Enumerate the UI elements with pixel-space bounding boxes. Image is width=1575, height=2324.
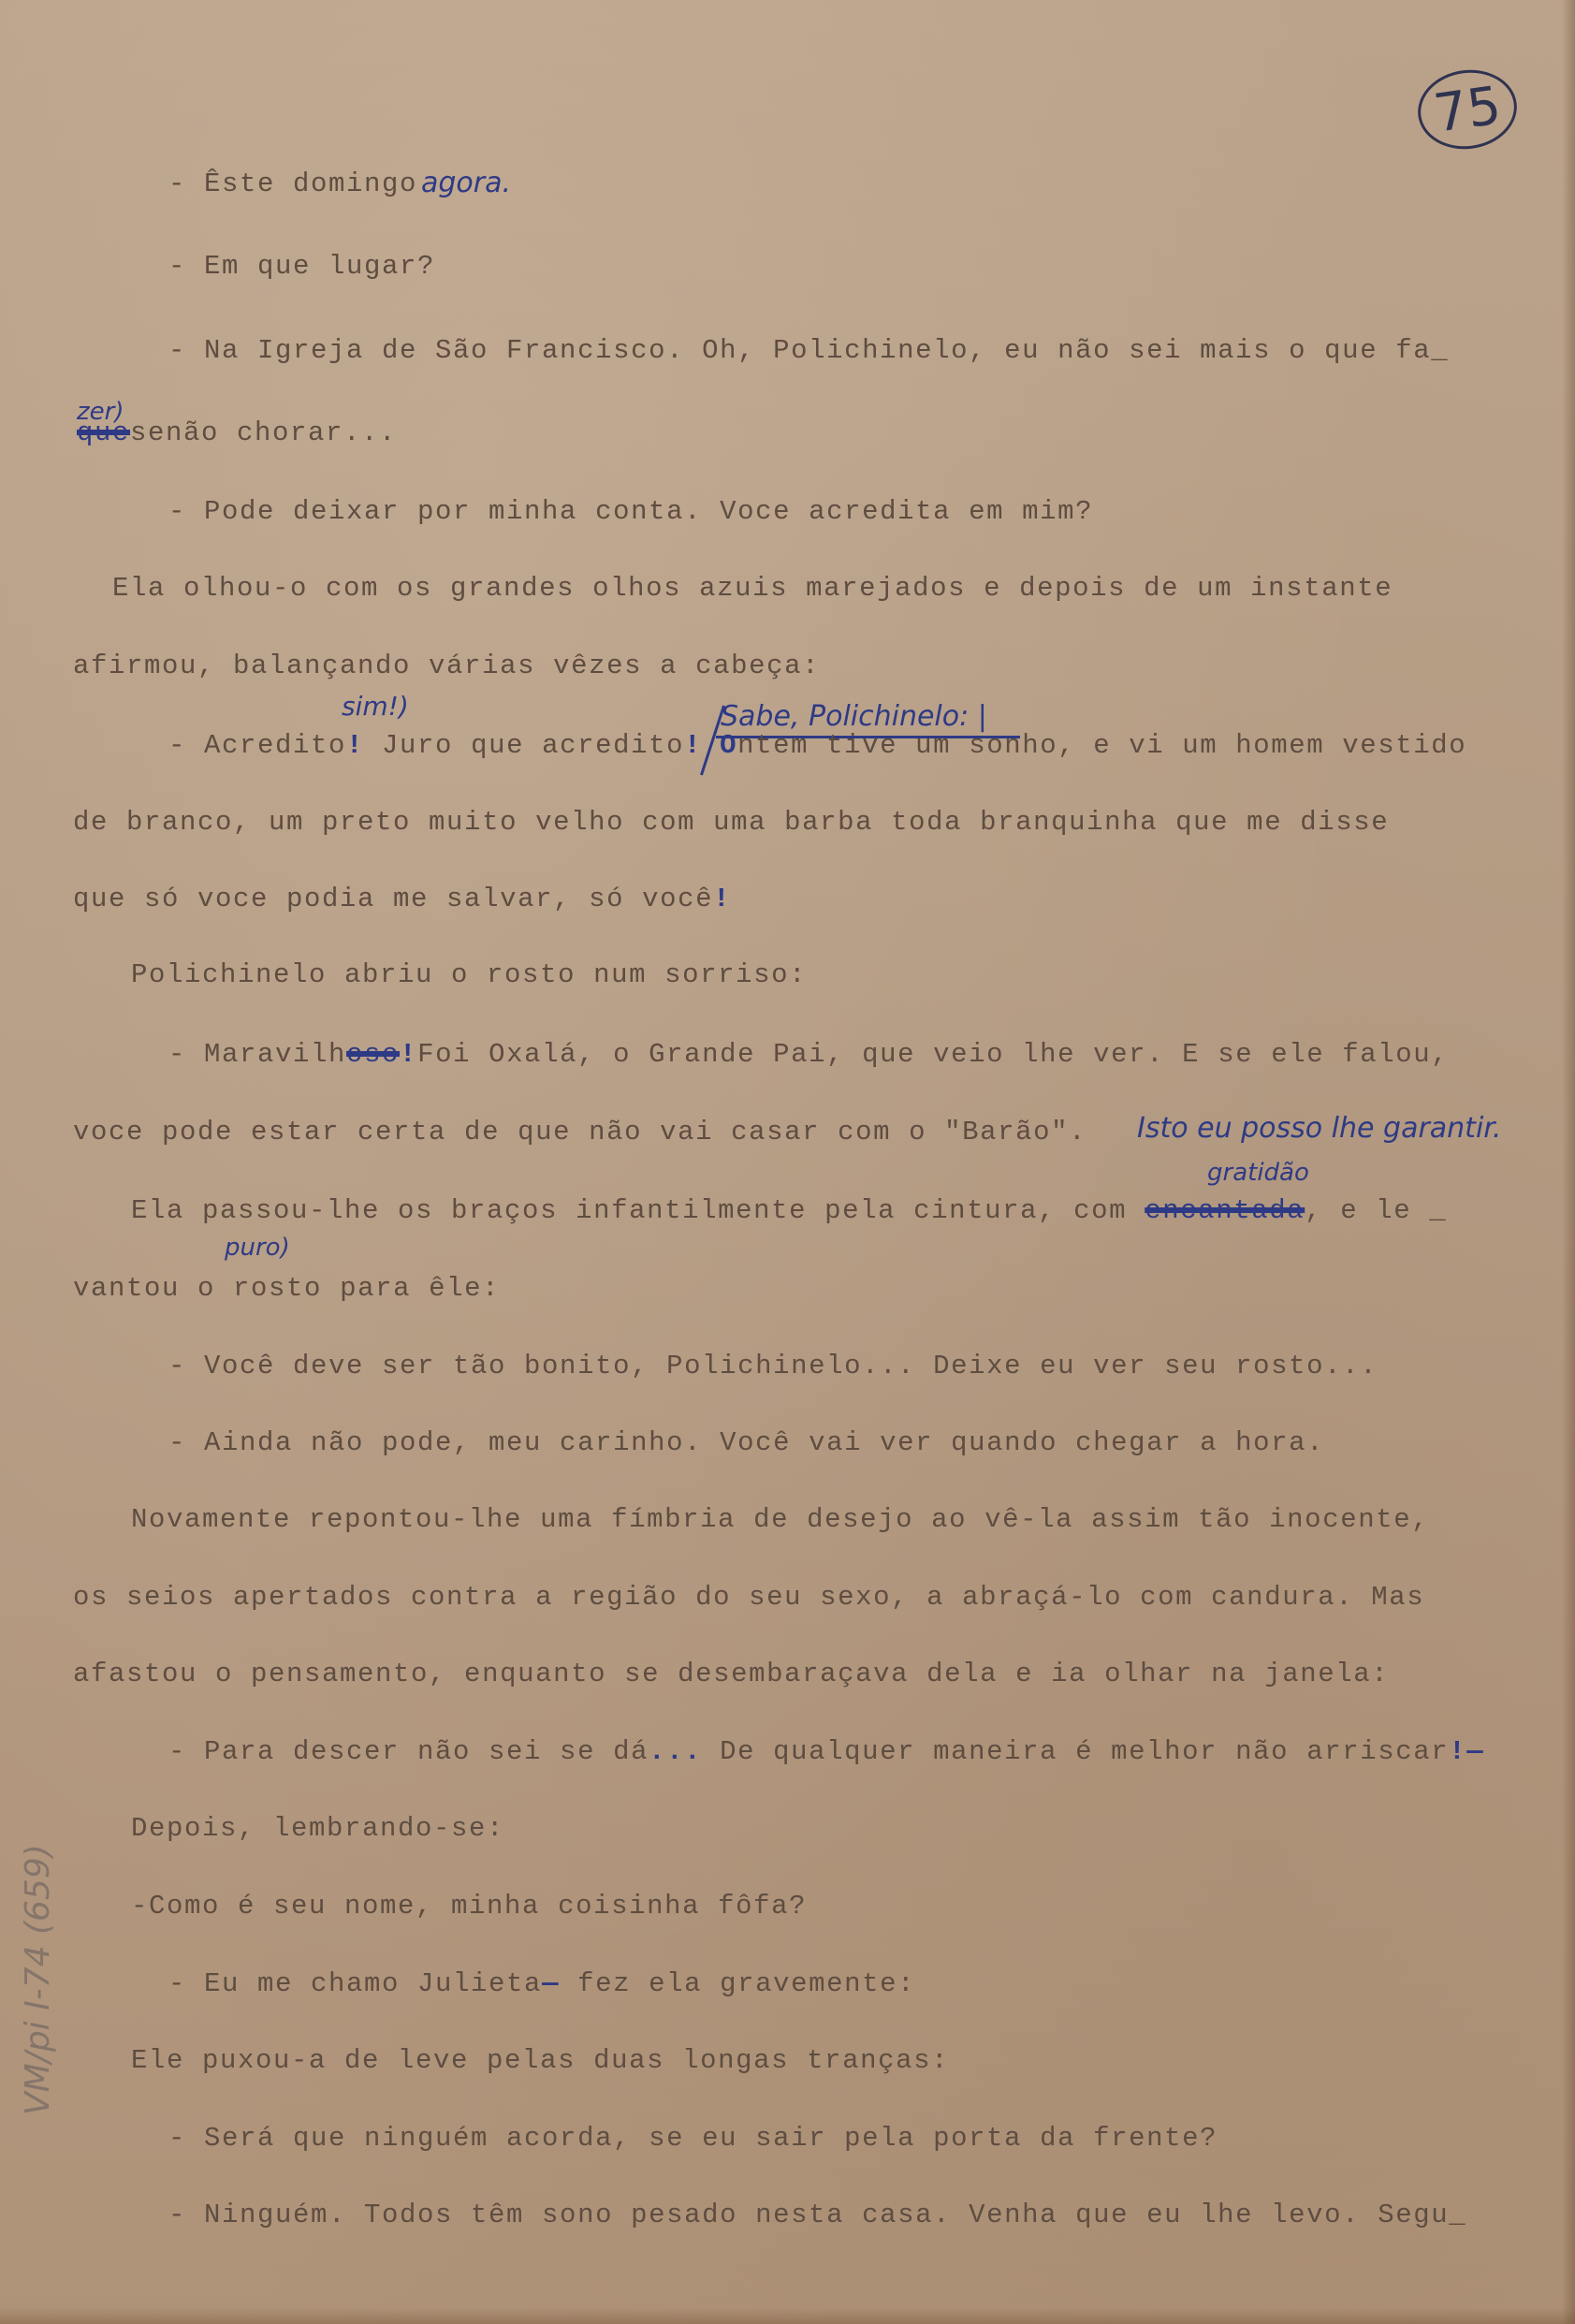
text-line: Polichinelo abriu o rosto num sorriso:	[131, 959, 807, 990]
page-bottom-shadow	[0, 2307, 1575, 2324]
handwritten-insert: agora.	[421, 167, 511, 199]
text-line: - Para descer não sei se dá... De qualqu…	[168, 1736, 1484, 1767]
page-number-circled: 75	[1413, 64, 1523, 155]
handwritten-insert: Isto eu posso lhe garantir.	[1137, 1112, 1501, 1145]
text-line: - Ninguém. Todos têm sono pesado nesta c…	[168, 2200, 1466, 2230]
handwritten-insert: gratidão	[1207, 1159, 1309, 1187]
handwritten-insert: puro)	[225, 1234, 290, 1262]
text-line: voce pode estar certa de que não vai cas…	[73, 1117, 1086, 1147]
text-line: os seios apertados contra a região do se…	[73, 1582, 1424, 1613]
text-line: - Será que ninguém acorda, se eu sair pe…	[168, 2123, 1218, 2154]
handwritten-insert: Sabe, Polichinelo: |	[721, 700, 987, 733]
text-line: - Êste domingo	[168, 168, 417, 199]
page-number: 75	[1430, 75, 1505, 144]
text-line: Novamente repontou-lhe uma fímbria de de…	[131, 1504, 1429, 1535]
page-edge-shadow	[1562, 0, 1575, 2324]
text-line: vantou o rosto para êle:	[73, 1273, 500, 1304]
text-line: - Pode deixar por minha conta. Voce acre…	[168, 496, 1093, 527]
struck-text: que	[77, 417, 130, 448]
text-line: - Na Igreja de São Francisco. Oh, Polich…	[168, 335, 1449, 366]
archive-margin-note: VM/pi I-74 (659)	[19, 1844, 57, 2115]
text-line: - Acredito! Juro que acredito! Ontem tiv…	[168, 730, 1466, 761]
text-line: afirmou, balançando várias vêzes a cabeç…	[73, 650, 820, 681]
text-line: quesenão chorar...	[77, 417, 397, 448]
text-line: - Maravilhoso!Foi Oxalá, o Grande Pai, q…	[168, 1039, 1449, 1070]
text-line: Ela passou-lhe os braços infantilmente p…	[131, 1195, 1447, 1226]
handwritten-insert: sim!)	[342, 691, 409, 722]
text-line: - Você deve ser tão bonito, Polichinelo.…	[168, 1351, 1378, 1381]
text-line: Ela olhou-o com os grandes olhos azuis m…	[112, 573, 1393, 604]
text-line: Ele puxou-a de leve pelas duas longas tr…	[131, 2045, 949, 2076]
text-line: Depois, lembrando-se:	[131, 1813, 504, 1844]
manuscript-page: 75 VM/pi I-74 (659) - Êste domingo agora…	[0, 0, 1575, 2324]
text-line: que só voce podia me salvar, só você!	[73, 884, 731, 914]
text-line: - Ainda não pode, meu carinho. Você vai …	[168, 1427, 1324, 1458]
text-line: - Eu me chamo Julieta— fez ela gravement…	[168, 1968, 915, 1999]
text-line: -Como é seu nome, minha coisinha fôfa?	[131, 1891, 807, 1922]
text-line: de branco, um preto muito velho com uma …	[73, 807, 1389, 838]
text-line: afastou o pensamento, enquanto se desemb…	[73, 1659, 1389, 1689]
text-line: - Em que lugar?	[168, 251, 435, 282]
